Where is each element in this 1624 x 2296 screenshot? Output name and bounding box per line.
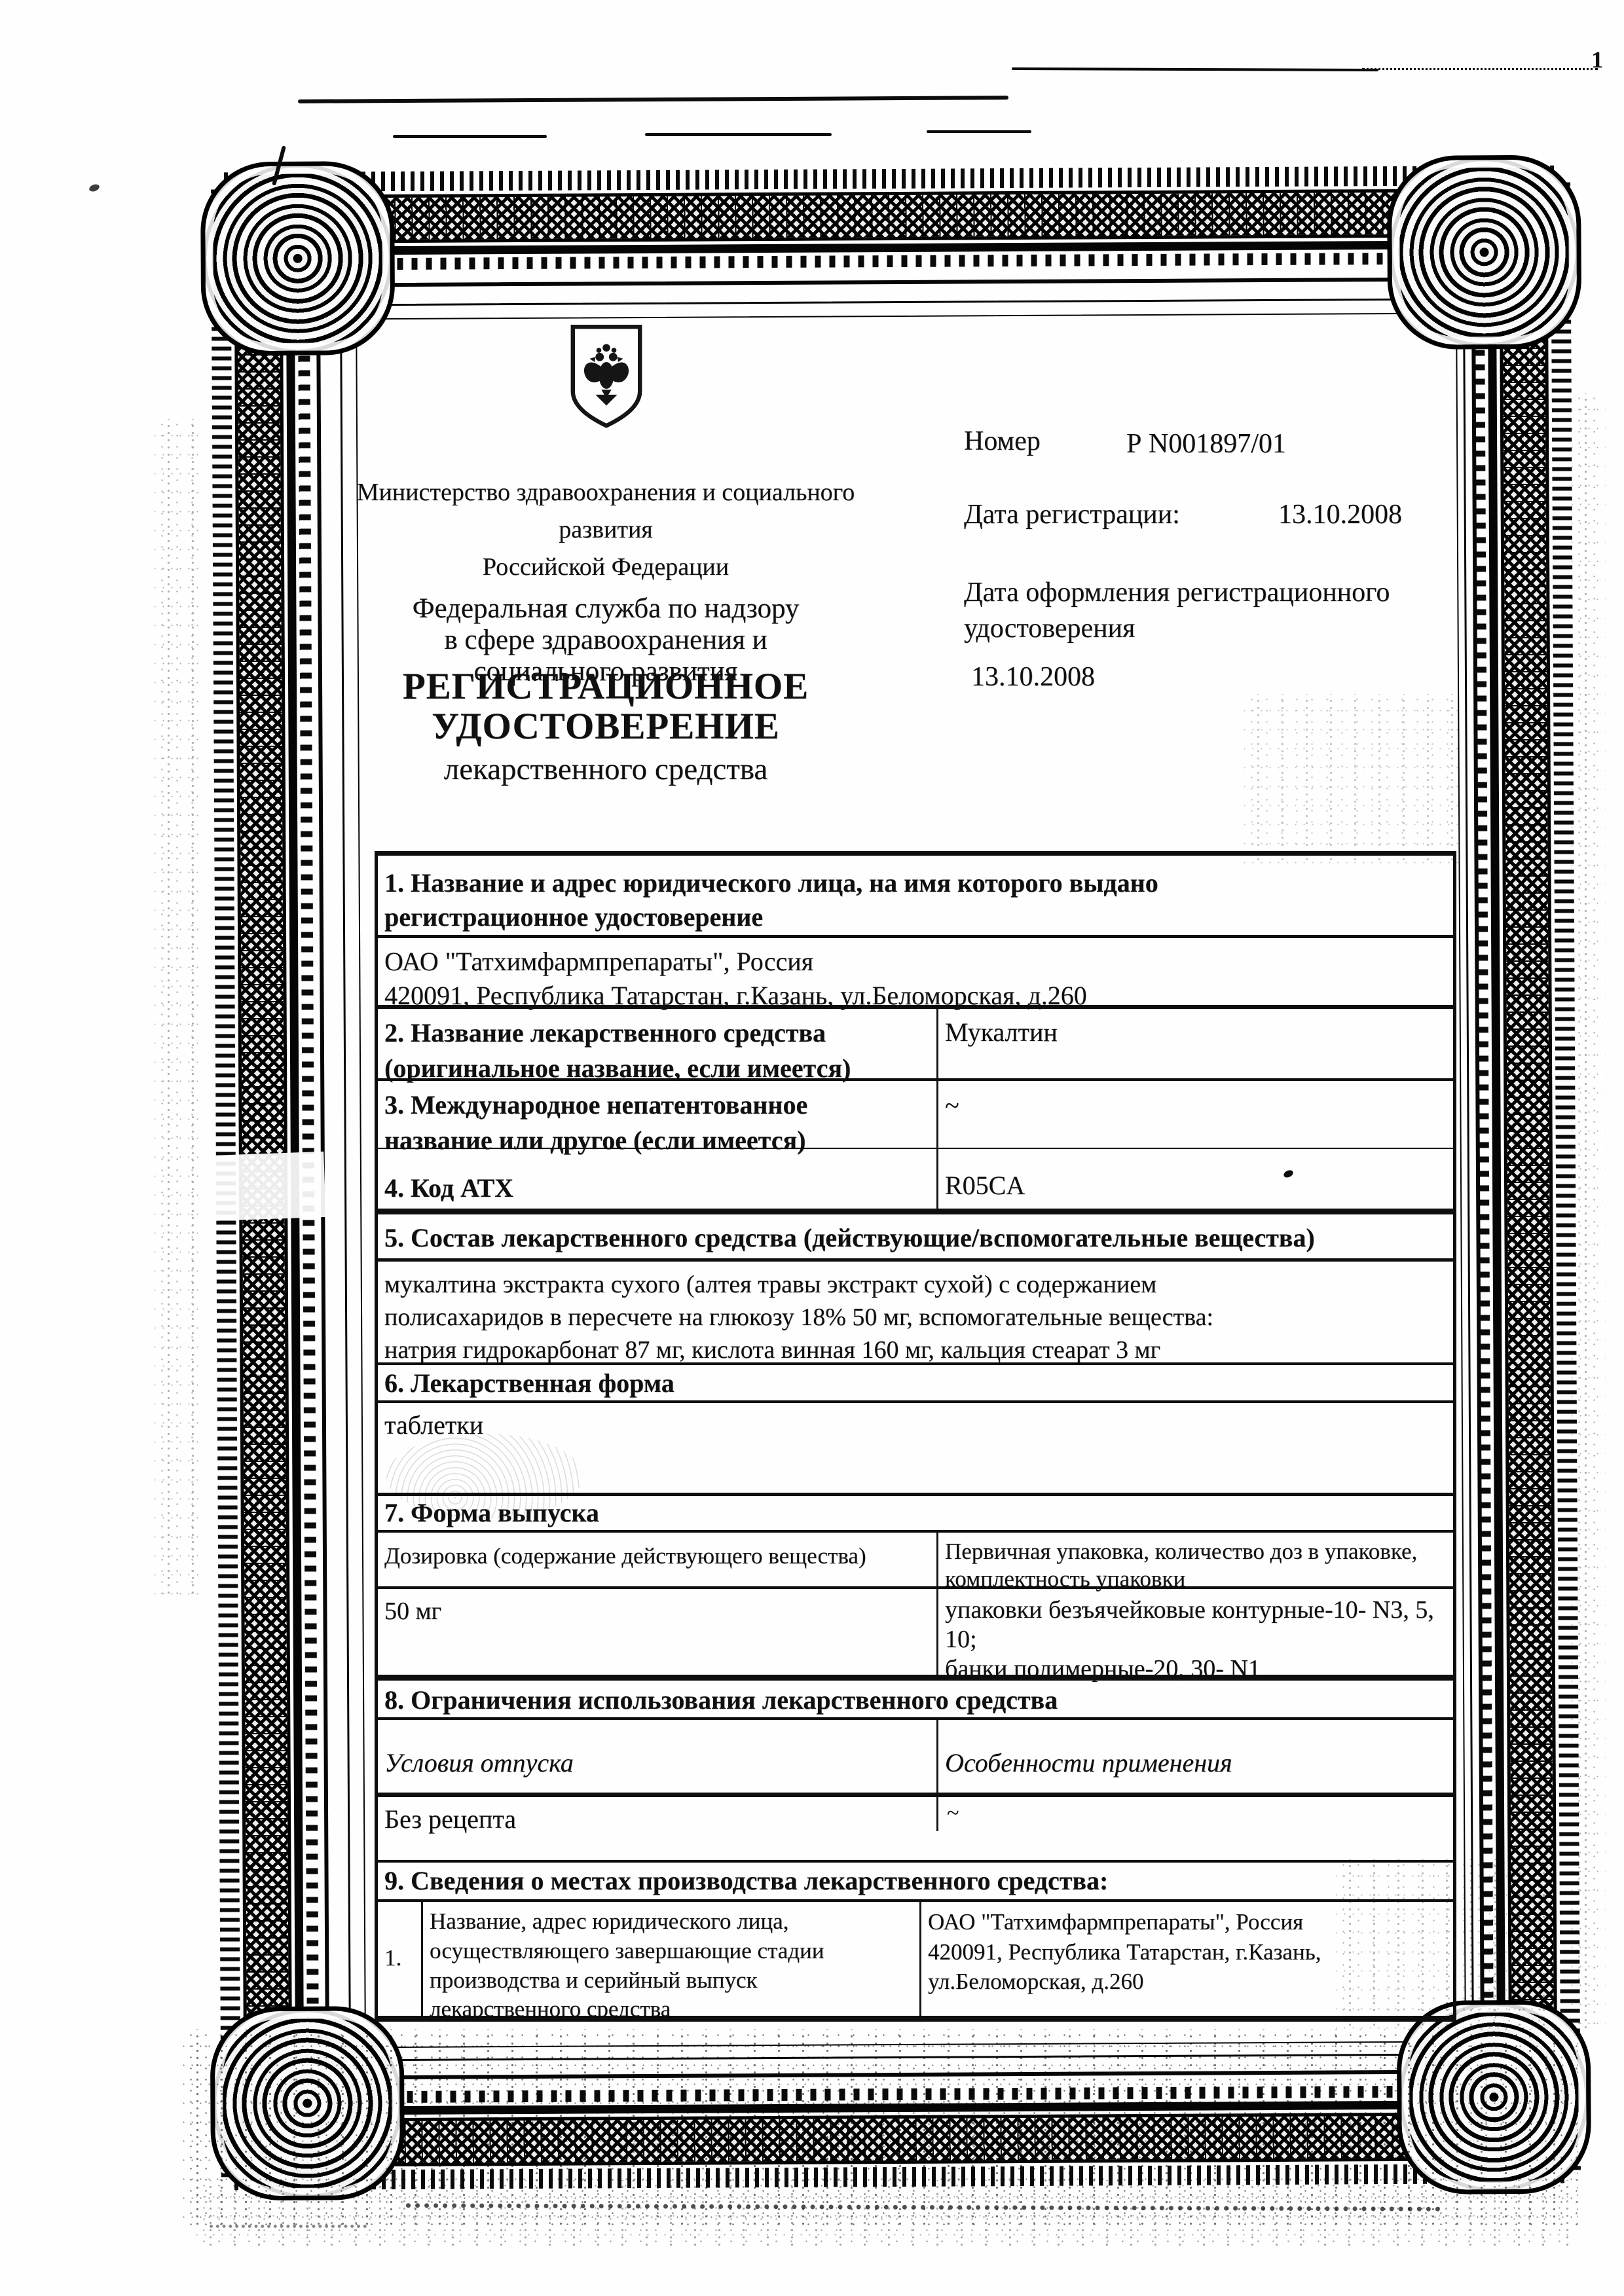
text-line: Российской Федерации	[354, 549, 858, 586]
border-rosette-top-left	[200, 161, 396, 356]
table-row-3: 3. Международное непатентованное названи…	[378, 1081, 1453, 1149]
text-line: упаковки безъячейковые контурные-10- N3,…	[945, 1595, 1445, 1625]
row9-col1: Название, адрес юридического лица, осуще…	[423, 1902, 919, 2016]
text-line: регистрационное удостоверение	[384, 900, 1158, 934]
text-line: развития	[354, 511, 858, 549]
row3-label: 3. Международное непатентованное названи…	[378, 1081, 936, 1148]
table-row-1-value: ОАО "Татхимфармпрепараты", Россия 420091…	[378, 938, 1453, 1009]
row8-col1-header: Условия отпуска	[378, 1720, 936, 1793]
scan-blot	[88, 183, 100, 193]
row8-col1-value: Без рецепта	[378, 1797, 936, 1860]
coat-of-arms-icon	[564, 322, 648, 435]
table-row-4: 4. Код АТХ R05CA	[378, 1149, 1453, 1214]
table-row-7-value: 50 мг упаковки безъячейковые контурные-1…	[378, 1589, 1453, 1681]
text-line: производства и серийный выпуск	[430, 1966, 912, 1995]
text-line: 10;	[945, 1625, 1445, 1654]
text-line: ОАО "Татхимфармпрепараты", Россия	[384, 945, 1087, 979]
table-row-5-value: мукалтина экстракта сухого (алтея травы …	[378, 1262, 1453, 1365]
text-line: полисахаридов в пересчете на глюкозу 18%…	[384, 1301, 1213, 1334]
row9-col2: ОАО "Татхимфармпрепараты", Россия 420091…	[921, 1902, 1453, 2016]
row5-value: мукалтина экстракта сухого (алтея травы …	[378, 1262, 1221, 1362]
row1-label: 1. Название и адрес юридического лица, н…	[378, 856, 1166, 935]
row2-value: Мукалтин	[938, 1009, 1453, 1078]
speckle-noise-right	[1572, 393, 1606, 2030]
speckle-noise-left	[155, 419, 200, 1597]
dotted-scan-line-bottom-left	[210, 2225, 367, 2228]
text-line: Федеральная служба по надзору	[354, 593, 858, 625]
registration-date-value: 13.10.2008	[1278, 499, 1402, 530]
speckle-noise-bottom-edge	[196, 2180, 1572, 2246]
row4-label: 4. Код АТХ	[378, 1149, 936, 1209]
row6-value: таблетки	[378, 1403, 491, 1493]
row5-label: 5. Состав лекарственного средства (дейст…	[378, 1214, 1323, 1258]
table-row-7-label: 7. Форма выпуска	[378, 1496, 1453, 1533]
text-line: 420091, Республика Татарстан, г.Казань, …	[384, 979, 1087, 1013]
scan-streak	[645, 133, 832, 136]
number-label: Номер	[964, 426, 1041, 457]
text-line: ул.Беломорская, д.260	[928, 1967, 1445, 1997]
scan-streak	[927, 130, 1031, 133]
text-line: натрия гидрокарбонат 87 мг, кислота винн…	[384, 1334, 1213, 1366]
row8-col2-header: Особенности применения	[938, 1720, 1453, 1793]
scan-streak	[393, 135, 547, 138]
text-line: ОАО "Татхимфармпрепараты", Россия	[928, 1907, 1445, 1937]
scan-streak	[1012, 67, 1378, 71]
table-row-5-label: 5. Состав лекарственного средства (дейст…	[378, 1214, 1453, 1262]
border-ornament	[224, 189, 1557, 244]
row8-col2-value: ~	[936, 1797, 1453, 1860]
document-subtitle: лекарственного средства	[354, 752, 858, 787]
table-row-6-label: 6. Лекарственная форма	[378, 1365, 1453, 1403]
text-line: банки полимерные-20, 30- N1	[945, 1654, 1445, 1684]
row7-col1-header: Дозировка (содержание действующего вещес…	[378, 1533, 936, 1586]
text-line: УДОСТОВЕРЕНИЕ	[354, 706, 858, 746]
row9-label: 9. Сведения о местах производства лекарс…	[378, 1863, 1116, 1899]
text-line: 2. Название лекарственного средства	[384, 1015, 929, 1051]
stray-mark-top-right: 1	[1591, 46, 1603, 73]
ministry-name: Министерство здравоохранения и социально…	[354, 474, 858, 586]
row2-label: 2. Название лекарственного средства (ори…	[378, 1009, 936, 1078]
row7-col2-header: Первичная упаковка, количество доз в упа…	[938, 1533, 1453, 1586]
registration-certificate-page: 1	[0, 0, 1624, 2296]
row1-value: ОАО "Татхимфармпрепараты", Россия 420091…	[378, 938, 1095, 1005]
table-row-2: 2. Название лекарственного средства (ори…	[378, 1009, 1453, 1081]
table-row-7-subheader: Дозировка (содержание действующего вещес…	[378, 1533, 1453, 1589]
text-line: осуществляющего завершающие стадии	[430, 1937, 912, 1966]
scan-streak	[298, 96, 1008, 103]
table-row-9-label: 9. Сведения о местах производства лекарс…	[378, 1863, 1453, 1902]
border-rosette-top-right	[1387, 155, 1582, 350]
text-line: 3. Международное непатентованное	[384, 1087, 929, 1123]
scan-dropout	[207, 1152, 325, 1221]
speckle-noise-mid	[1244, 694, 1460, 864]
text-line: Министерство здравоохранения и социально…	[354, 474, 858, 511]
row6-label: 6. Лекарственная форма	[378, 1365, 682, 1400]
text-line: мукалтина экстракта сухого (алтея травы …	[384, 1268, 1213, 1301]
document-title: РЕГИСТРАЦИОННОЕ УДОСТОВЕРЕНИЕ	[354, 666, 858, 746]
certificate-table: 1. Название и адрес юридического лица, н…	[375, 851, 1456, 2022]
registration-date-label: Дата регистрации:	[964, 499, 1180, 530]
column-divider-short	[936, 1797, 938, 1831]
issue-date-label: Дата оформления регистрационного удостов…	[964, 575, 1442, 646]
row4-value: R05CA	[938, 1149, 1453, 1209]
table-row-1-label: 1. Название и адрес юридического лица, н…	[378, 856, 1453, 938]
table-row-8-label: 8. Ограничения использования лекарственн…	[378, 1681, 1453, 1720]
row8-label: 8. Ограничения использования лекарственн…	[378, 1681, 1065, 1717]
row7-label: 7. Форма выпуска	[378, 1496, 607, 1530]
text-line: 420091, Республика Татарстан, г.Казань,	[928, 1937, 1445, 1967]
table-row-6-value: таблетки	[378, 1403, 1453, 1496]
table-row-8-value: Без рецепта ~	[378, 1797, 1453, 1863]
scan-streak-dotted	[1362, 68, 1598, 70]
table-row-9-content: 1. Название, адрес юридического лица, ос…	[378, 1902, 1453, 2016]
row7-col2-value: упаковки безъячейковые контурные-10- N3,…	[938, 1589, 1453, 1675]
row7-col1-value: 50 мг	[378, 1589, 936, 1675]
guilloche-band-top	[224, 166, 1558, 271]
issue-date-value: 13.10.2008	[971, 661, 1095, 693]
row9-item-number: 1.	[378, 1902, 421, 2016]
text-line: РЕГИСТРАЦИОННОЕ	[354, 666, 858, 706]
text-line: в сфере здравоохранения и	[354, 625, 858, 656]
text-line: лекарственного средства	[430, 1995, 912, 2024]
text-line: 1. Название и адрес юридического лица, н…	[384, 866, 1158, 900]
number-value: Р N001897/01	[1126, 428, 1286, 460]
row3-value: ~	[938, 1081, 1453, 1148]
text-line: Первичная упаковка, количество доз в упа…	[945, 1538, 1445, 1565]
text-line: Название, адрес юридического лица,	[430, 1907, 912, 1937]
table-row-8-subheader: Условия отпуска Особенности применения	[378, 1720, 1453, 1797]
